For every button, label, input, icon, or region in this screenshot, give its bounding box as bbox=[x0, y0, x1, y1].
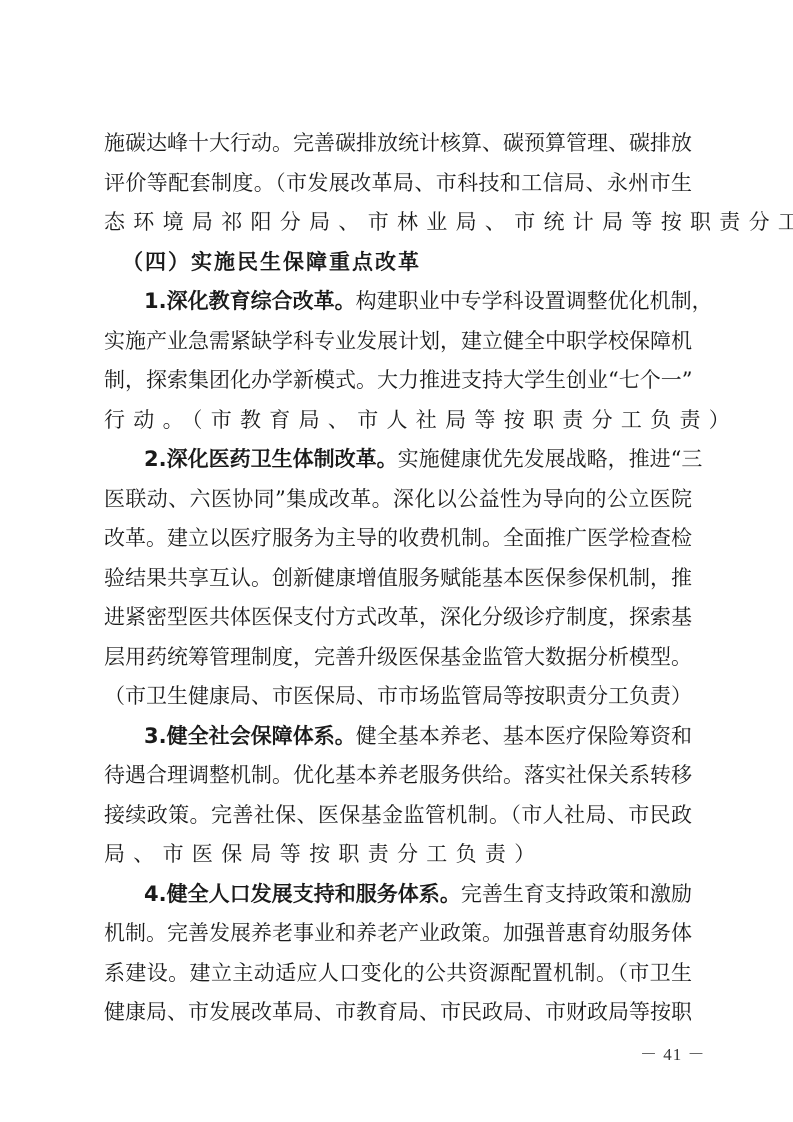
item-3-title: 3.健全社会保障体系。 bbox=[144, 724, 356, 748]
item-1-first-line: 1.深化教育综合改革。构建职业中专学科设置调整优化机制， bbox=[104, 282, 692, 322]
body-text-line: 制，探索集团化办学新模式。大力推进支持大学生创业“七个一” bbox=[104, 361, 692, 401]
body-text-line: 验结果共享互认。创新健康增值服务赋能基本医保参保机制，推 bbox=[104, 559, 692, 599]
body-text-line: （市卫生健康局、市医保局、市市场监管局等按职责分工负责） bbox=[104, 677, 692, 717]
page-number: － 41 － bbox=[640, 1040, 706, 1065]
body-text-line: 态环境局祁阳分局、市林业局、市统计局等按职责分工负责） bbox=[104, 203, 692, 243]
body-text-line: 机制。完善发展养老事业和养老产业政策。加强普惠育幼服务体 bbox=[104, 914, 692, 954]
body-text-line: 层用药统筹管理制度，完善升级医保基金监管大数据分析模型。 bbox=[104, 638, 692, 678]
body-text-line: 局、市医保局等按职责分工负责） bbox=[104, 835, 692, 875]
item-3-text: 健全基本养老、基本医疗保险筹资和 bbox=[356, 724, 692, 748]
body-text-line: 接续政策。完善社保、医保基金监管机制。（市人社局、市民政 bbox=[104, 796, 692, 836]
item-4-title: 4.健全人口发展支持和服务体系。 bbox=[144, 882, 461, 906]
body-text-line: 施碳达峰十大行动。完善碳排放统计核算、碳预算管理、碳排放 bbox=[104, 124, 692, 164]
body-text-line: 健康局、市发展改革局、市教育局、市民政局、市财政局等按职 bbox=[104, 993, 692, 1033]
body-text-line: 评价等配套制度。（市发展改革局、市科技和工信局、永州市生 bbox=[104, 164, 692, 204]
body-text-line: 改革。建立以医疗服务为主导的收费机制。全面推广医学检查检 bbox=[104, 519, 692, 559]
body-text-line: 进紧密型医共体医保支付方式改革，深化分级诊疗制度，探索基 bbox=[104, 598, 692, 638]
item-2-first-line: 2.深化医药卫生体制改革。实施健康优先发展战略，推进“三 bbox=[104, 440, 692, 480]
item-2-text: 实施健康优先发展战略，推进“三 bbox=[398, 447, 703, 471]
item-3-first-line: 3.健全社会保障体系。健全基本养老、基本医疗保险筹资和 bbox=[104, 717, 692, 757]
body-text-line: 行动。（市教育局、市人社局等按职责分工负责） bbox=[104, 401, 692, 441]
section-heading: （四）实施民生保障重点改革 bbox=[104, 243, 692, 283]
body-text-line: 实施产业急需紧缺学科专业发展计划，建立健全中职学校保障机 bbox=[104, 322, 692, 362]
item-2-title: 2.深化医药卫生体制改革。 bbox=[144, 447, 398, 471]
item-1-text: 构建职业中专学科设置调整优化机制， bbox=[356, 289, 713, 313]
body-text-line: 待遇合理调整机制。优化基本养老服务供给。落实社保关系转移 bbox=[104, 756, 692, 796]
body-text-line: 医联动、六医协同”集成改革。深化以公益性为导向的公立医院 bbox=[104, 480, 692, 520]
document-page: 施碳达峰十大行动。完善碳排放统计核算、碳预算管理、碳排放 评价等配套制度。（市发… bbox=[104, 124, 692, 1033]
item-4-first-line: 4.健全人口发展支持和服务体系。完善生育支持政策和激励 bbox=[104, 875, 692, 915]
item-1-title: 1.深化教育综合改革。 bbox=[144, 289, 356, 313]
item-4-text: 完善生育支持政策和激励 bbox=[461, 882, 692, 906]
body-text-line: 系建设。建立主动适应人口变化的公共资源配置机制。（市卫生 bbox=[104, 954, 692, 994]
